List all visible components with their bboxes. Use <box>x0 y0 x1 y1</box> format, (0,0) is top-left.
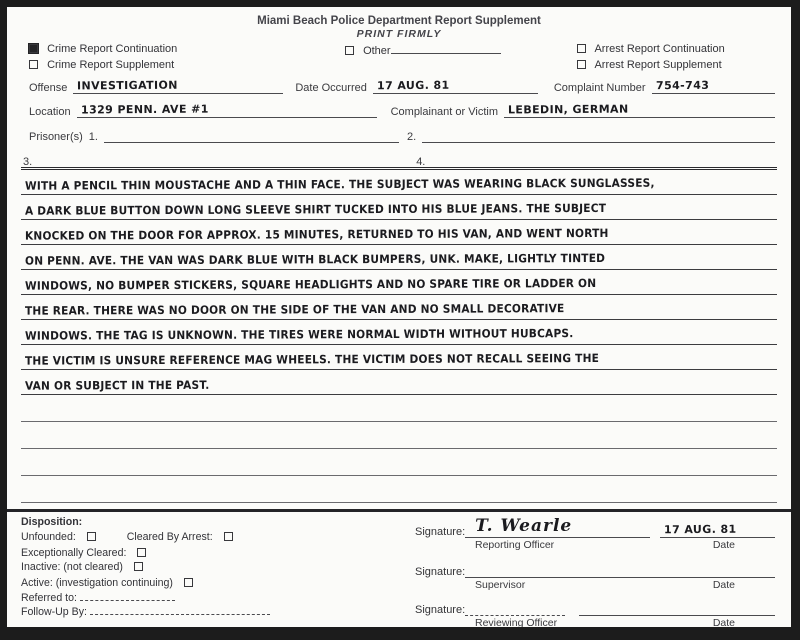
offense-field[interactable]: INVESTIGATION <box>73 79 283 94</box>
arrest-report-supplement-checkbox[interactable] <box>577 60 586 69</box>
date-occurred-field[interactable]: 17 AUG. 81 <box>373 79 538 94</box>
supervisor-signature-field[interactable] <box>465 564 775 578</box>
reviewing-officer-date-field[interactable] <box>579 614 775 616</box>
reporting-officer-date-field[interactable]: 17 AUG. 81 <box>660 523 775 538</box>
date-label: Date <box>713 539 735 551</box>
disposition-row-follow-up: Follow-Up By: <box>21 606 401 618</box>
date-occurred-label: Date Occurred <box>295 82 367 94</box>
location-label: Location <box>29 106 71 118</box>
arrest-report-supplement-label: Arrest Report Supplement <box>594 59 721 71</box>
follow-up-by-label: Follow-Up By: <box>21 606 87 618</box>
reviewing-officer-signature-field[interactable] <box>465 614 565 616</box>
checkbox-row-crime-supplement: Crime Report Supplement <box>29 59 177 71</box>
reporting-officer-signature-value: T. Wearle <box>475 516 572 536</box>
narrative-blank-line[interactable] <box>21 422 777 449</box>
narrative-text: THE REAR. THERE WAS NO DOOR ON THE SIDE … <box>25 302 565 319</box>
bottom-separator <box>7 509 791 512</box>
checkbox-row-other: Other <box>345 45 501 57</box>
narrative-text: A DARK BLUE BUTTON DOWN LONG SLEEVE SHIR… <box>25 202 606 219</box>
narrative-text: WITH A PENCIL THIN MOUSTACHE AND A THIN … <box>25 177 655 194</box>
date-occurred-value: 17 AUG. 81 <box>377 79 450 93</box>
form-title: Miami Beach Police Department Report Sup… <box>7 15 791 27</box>
signature-row-reporting-officer: Signature: T. Wearle 17 AUG. 81 <box>415 516 775 538</box>
cleared-by-arrest-label: Cleared By Arrest: <box>127 531 213 543</box>
disposition-row-exceptionally-cleared: Exceptionally Cleared: <box>21 547 401 559</box>
crime-report-supplement-label: Crime Report Supplement <box>47 59 174 71</box>
disposition-row-inactive: Inactive: (not cleared) <box>21 561 401 573</box>
narrative-text: VAN OR SUBJECT IN THE PAST. <box>25 379 209 394</box>
prisoner1-field[interactable] <box>104 129 399 143</box>
signatures-section: Signature: T. Wearle 17 AUG. 81 Reportin… <box>415 516 775 629</box>
reporting-officer-signature-field[interactable]: T. Wearle <box>465 516 650 538</box>
arrest-report-continuation-label: Arrest Report Continuation <box>594 43 724 55</box>
narrative-line: WINDOWS, NO BUMPER STICKERS, SQUARE HEAD… <box>21 270 777 295</box>
crime-report-continuation-label: Crime Report Continuation <box>47 43 177 55</box>
crime-report-continuation-checkbox[interactable] <box>29 44 38 53</box>
checkbox-row-arrest-supplement: Arrest Report Supplement <box>577 59 725 71</box>
reviewing-officer-role-label: Reviewing Officer <box>475 617 557 629</box>
narrative-line: THE VICTIM IS UNSURE REFERENCE MAG WHEEL… <box>21 345 777 370</box>
other-label: Other <box>363 45 391 57</box>
active-checkbox[interactable] <box>184 578 193 587</box>
date-label: Date <box>713 617 735 629</box>
narrative-area[interactable]: WITH A PENCIL THIN MOUSTACHE AND A THIN … <box>21 167 777 503</box>
narrative-text: WINDOWS. THE TAG IS UNKNOWN. THE TIRES W… <box>25 327 574 344</box>
exceptionally-cleared-checkbox[interactable] <box>137 548 146 557</box>
date-label: Date <box>713 579 735 591</box>
inactive-label: Inactive: (not cleared) <box>21 561 123 573</box>
location-field[interactable]: 1329 PENN. AVE #1 <box>77 103 377 118</box>
other-checkbox[interactable] <box>345 46 354 55</box>
disposition-title: Disposition: <box>21 516 401 528</box>
narrative-line: KNOCKED ON THE DOOR FOR APPROX. 15 MINUT… <box>21 220 777 245</box>
disposition-row-active: Active: (investigation continuing) <box>21 577 401 589</box>
unfounded-checkbox[interactable] <box>87 532 96 541</box>
active-label: Active: (investigation continuing) <box>21 577 173 589</box>
disposition-row-unfounded: Unfounded: Cleared By Arrest: <box>21 531 401 543</box>
form-subtitle: PRINT FIRMLY <box>7 28 791 40</box>
other-field[interactable] <box>391 52 501 54</box>
narrative-text: THE VICTIM IS UNSURE REFERENCE MAG WHEEL… <box>25 352 599 369</box>
follow-up-by-field[interactable] <box>90 613 270 615</box>
referred-to-label: Referred to: <box>21 592 77 604</box>
prisoner2-field[interactable] <box>422 129 775 143</box>
complainant-label: Complainant or Victim <box>391 106 498 118</box>
narrative-line: VAN OR SUBJECT IN THE PAST. <box>21 370 777 395</box>
signature-row-reviewing-officer: Signature: <box>415 604 775 616</box>
narrative-line: WITH A PENCIL THIN MOUSTACHE AND A THIN … <box>21 170 777 195</box>
exceptionally-cleared-label: Exceptionally Cleared: <box>21 547 126 559</box>
narrative-line: THE REAR. THERE WAS NO DOOR ON THE SIDE … <box>21 295 777 320</box>
narrative-line: ON PENN. AVE. THE VAN WAS DARK BLUE WITH… <box>21 245 777 270</box>
offense-value: INVESTIGATION <box>77 79 178 93</box>
signature-label: Signature: <box>415 526 465 538</box>
arrest-report-continuation-checkbox[interactable] <box>577 44 586 53</box>
offense-label: Offense <box>29 82 67 94</box>
narrative-blank-line[interactable] <box>21 476 777 503</box>
unfounded-label: Unfounded: <box>21 531 76 543</box>
reporting-officer-date-value: 17 AUG. 81 <box>664 523 737 537</box>
disposition-section: Disposition: Unfounded: Cleared By Arres… <box>21 516 401 621</box>
narrative-line: A DARK BLUE BUTTON DOWN LONG SLEEVE SHIR… <box>21 195 777 220</box>
checkbox-row-arrest-continuation: Arrest Report Continuation <box>577 43 725 55</box>
location-value: 1329 PENN. AVE #1 <box>81 103 209 117</box>
narrative-line: WINDOWS. THE TAG IS UNKNOWN. THE TIRES W… <box>21 320 777 345</box>
cleared-by-arrest-checkbox[interactable] <box>224 532 233 541</box>
prisoner2-label: 2. <box>407 131 416 143</box>
complaint-number-label: Complaint Number <box>554 82 646 94</box>
signature-row-supervisor: Signature: <box>415 564 775 578</box>
complainant-field[interactable]: LEBEDIN, GERMAN <box>504 103 775 118</box>
signature-label: Signature: <box>415 604 465 616</box>
reporting-officer-role-label: Reporting Officer <box>475 539 554 551</box>
supervisor-role-label: Supervisor <box>475 579 525 591</box>
prisoner3-field[interactable] <box>38 154 408 168</box>
narrative-text: ON PENN. AVE. THE VAN WAS DARK BLUE WITH… <box>25 252 605 269</box>
prisoner1-label: 1. <box>89 131 98 143</box>
disposition-row-referred: Referred to: <box>21 592 401 604</box>
prisoners-label: Prisoner(s) <box>29 131 83 143</box>
narrative-blank-line[interactable] <box>21 449 777 476</box>
inactive-checkbox[interactable] <box>134 562 143 571</box>
complainant-value: LEBEDIN, GERMAN <box>508 103 629 117</box>
referred-to-field[interactable] <box>80 599 175 601</box>
prisoner4-field[interactable] <box>431 154 775 168</box>
complaint-number-value: 754-743 <box>656 79 709 92</box>
narrative-text: KNOCKED ON THE DOOR FOR APPROX. 15 MINUT… <box>25 227 609 244</box>
report-supplement-form: Miami Beach Police Department Report Sup… <box>0 0 800 640</box>
narrative-blank-line[interactable] <box>21 395 777 422</box>
narrative-text: WINDOWS, NO BUMPER STICKERS, SQUARE HEAD… <box>25 277 596 294</box>
signature-label: Signature: <box>415 566 465 578</box>
checkbox-row-crime-continuation: Crime Report Continuation <box>29 43 177 55</box>
complaint-number-field[interactable]: 754-743 <box>652 79 775 94</box>
crime-report-supplement-checkbox[interactable] <box>29 60 38 69</box>
